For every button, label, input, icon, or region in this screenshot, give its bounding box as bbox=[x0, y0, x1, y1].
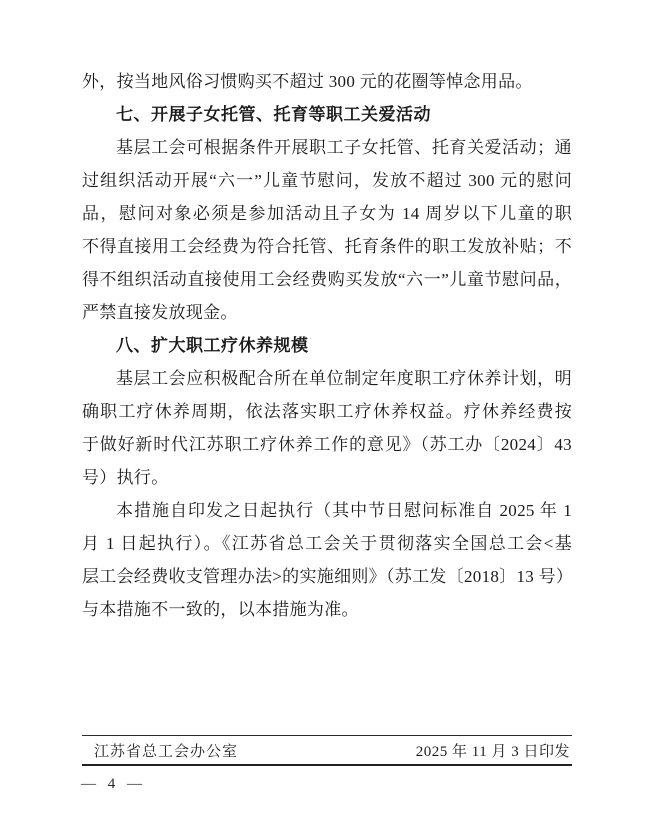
body-line: 过组织活动开展“六一”儿童节慰问，发放不超过 300 元的慰问 bbox=[82, 164, 572, 197]
body-line: 基层工会可根据条件开展职工子女托管、托育关爱活动；通 bbox=[82, 131, 572, 164]
body-line: 本措施自印发之日起执行（其中节日慰问标准自 2025 年 1 bbox=[82, 494, 572, 527]
body-line: 严禁直接发放现金。 bbox=[82, 296, 572, 329]
body-line: 与本措施不一致的，以本措施为准。 bbox=[82, 593, 572, 626]
body-line: 层工会经费收支管理办法>的实施细则》（苏工发〔2018〕13 号） bbox=[82, 560, 572, 593]
section-heading: 七、开展子女托管、托育等职工关爱活动 bbox=[82, 98, 572, 131]
body-line: 号）执行。 bbox=[82, 461, 572, 494]
body-line: 得不组织活动直接使用工会经费购买发放“六一”儿童节慰问品， bbox=[82, 263, 572, 296]
body-line: 于做好新时代江苏职工疗休养工作的意见》（苏工办〔2024〕43 bbox=[82, 428, 572, 461]
body-line: 基层工会应积极配合所在单位制定年度职工疗休养计划，明 bbox=[82, 362, 572, 395]
page-number: — 4 — bbox=[81, 776, 146, 793]
body-line: 外，按当地风俗习惯购买不超过 300 元的花圈等悼念用品。 bbox=[82, 65, 572, 98]
body-line: 月 1 日起执行）。《江苏省总工会关于贯彻落实全国总工会<基 bbox=[82, 527, 572, 560]
document-page: 外，按当地风俗习惯购买不超过 300 元的花圈等悼念用品。七、开展子女托管、托育… bbox=[0, 0, 651, 814]
footer-issuer: 江苏省总工会办公室 bbox=[82, 740, 238, 761]
document-footer: 江苏省总工会办公室 2025 年 11 月 3 日印发 bbox=[82, 735, 572, 766]
body-line: 品，慰问对象必须是参加活动且子女为 14 周岁以下儿童的职工。 bbox=[82, 197, 572, 230]
body-line: 确职工疗休养周期，依法落实职工疗休养权益。疗休养经费按《关 bbox=[82, 395, 572, 428]
body-line: 不得直接用工会经费为符合托管、托育条件的职工发放补贴；不 bbox=[82, 230, 572, 263]
footer-print-date: 2025 年 11 月 3 日印发 bbox=[416, 740, 572, 761]
document-lines: 外，按当地风俗习惯购买不超过 300 元的花圈等悼念用品。七、开展子女托管、托育… bbox=[82, 65, 572, 626]
section-heading: 八、扩大职工疗休养规模 bbox=[82, 329, 572, 362]
